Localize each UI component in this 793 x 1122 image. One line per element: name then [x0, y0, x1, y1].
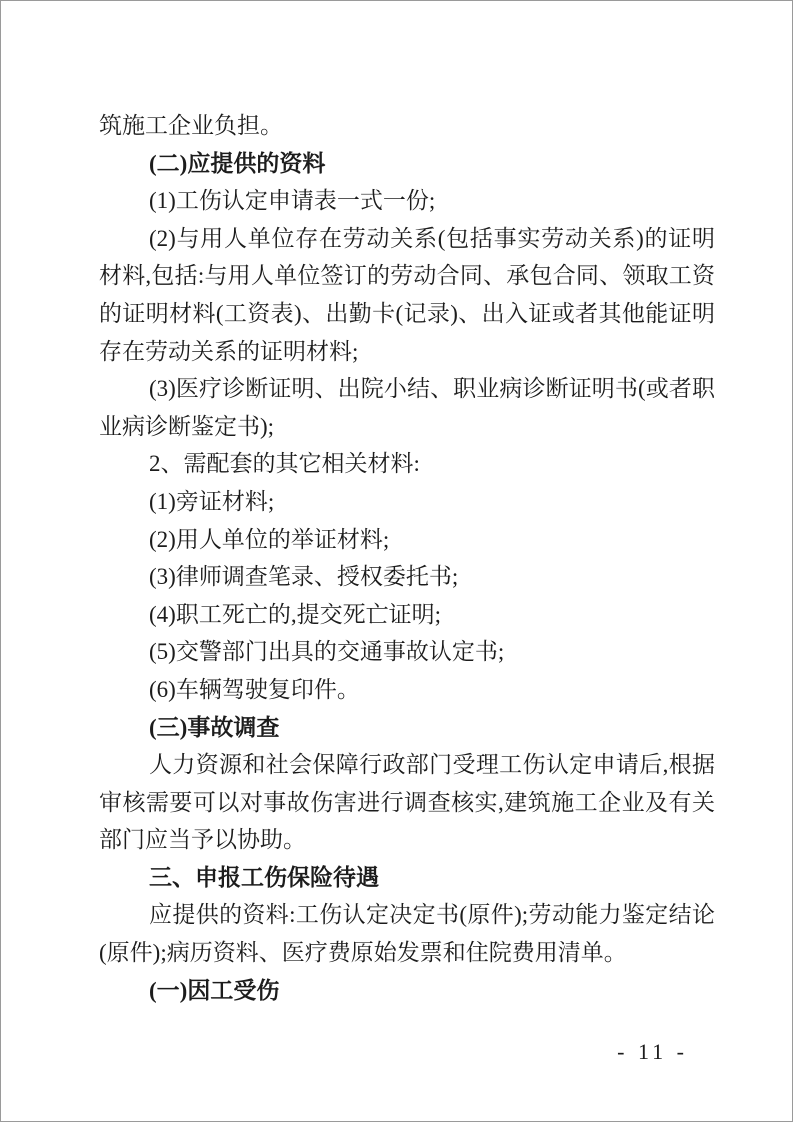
sub-list-heading: 2、需配套的其它相关材料:: [99, 445, 715, 483]
paragraph-continuation: 筑施工企业负担。: [99, 107, 715, 145]
section-heading-1: (一)因工受伤: [99, 972, 715, 1010]
list-item: (4)职工死亡的,提交死亡证明;: [99, 596, 715, 634]
list-item: (2)与用人单位存在劳动关系(包括事实劳动关系)的证明材料,包括:与用人单位签订…: [99, 220, 715, 370]
list-item: (5)交警部门出具的交通事故认定书;: [99, 633, 715, 671]
paragraph: 应提供的资料:工伤认定决定书(原件);劳动能力鉴定结论(原件);病历资料、医疗费…: [99, 896, 715, 971]
page-number: - 11 -: [617, 1039, 688, 1065]
list-item: (6)车辆驾驶复印件。: [99, 671, 715, 709]
document-body: 筑施工企业负担。 (二)应提供的资料 (1)工伤认定申请表一式一份; (2)与用…: [99, 107, 715, 1009]
list-item: (2)用人单位的举证材料;: [99, 521, 715, 559]
chapter-heading-3: 三、申报工伤保险待遇: [99, 859, 715, 897]
list-item: (3)医疗诊断证明、出院小结、职业病诊断证明书(或者职业病诊断鉴定书);: [99, 370, 715, 445]
section-heading-2: (二)应提供的资料: [99, 145, 715, 183]
paragraph: 人力资源和社会保障行政部门受理工伤认定申请后,根据审核需要可以对事故伤害进行调查…: [99, 746, 715, 859]
list-item: (1)旁证材料;: [99, 483, 715, 521]
document-page: 筑施工企业负担。 (二)应提供的资料 (1)工伤认定申请表一式一份; (2)与用…: [0, 0, 793, 1122]
list-item: (3)律师调查笔录、授权委托书;: [99, 558, 715, 596]
section-heading-3: (三)事故调查: [99, 709, 715, 747]
list-item: (1)工伤认定申请表一式一份;: [99, 182, 715, 220]
